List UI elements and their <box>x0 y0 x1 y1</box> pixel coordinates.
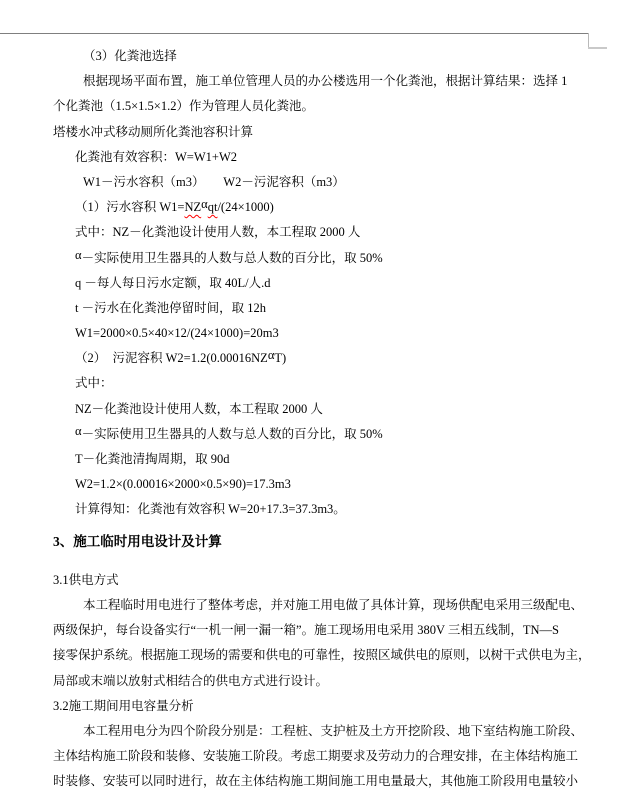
document-page: （3）化粪池选择根据现场平面布置，施工单位管理人员的办公楼选用一个化粪池，根据计… <box>0 0 623 788</box>
document-line: T－化粪池清掏周期，取 90d <box>53 447 593 472</box>
text-run: 个化粪池（1.5×1.5×1.2）作为管理人员化粪池。 <box>53 99 314 113</box>
document-line: t －污水在化粪池停留时间，取 12h <box>53 296 593 321</box>
section-heading: 3、施工临时用电设计及计算 <box>53 529 593 554</box>
text-run: 塔楼水冲式移动厕所化粪池容积计算 <box>53 125 253 139</box>
text-run: W1－污水容积（m3） W2－污泥容积（m3） <box>83 175 345 189</box>
text-run: W2=1.2×(0.00016×2000×0.5×90)=17.3m3 <box>75 477 291 491</box>
text-run: 本工程临时用电进行了整体考虑，并对施工用电做了具体计算，现场供配电采用三级配电、 <box>83 598 583 612</box>
superscript-alpha: α <box>75 419 82 444</box>
document-line: W1－污水容积（m3） W2－污泥容积（m3） <box>53 170 593 195</box>
misspelled-text-run: NZ <box>184 200 201 214</box>
document-line: 个化粪池（1.5×1.5×1.2）作为管理人员化粪池。 <box>53 94 593 119</box>
text-run: 3、施工临时用电设计及计算 <box>53 534 222 549</box>
text-run: －实际使用卫生器具的人数与总人数的百分比，取 50% <box>82 427 383 441</box>
text-run: （3）化粪池选择 <box>83 49 177 63</box>
text-run: （1）污水容积 W1= <box>75 200 184 214</box>
misspelled-text-run: qt <box>208 200 218 214</box>
document-line: W2=1.2×(0.00016×2000×0.5×90)=17.3m3 <box>53 472 593 497</box>
document-line: W1=2000×0.5×40×12/(24×1000)=20m3 <box>53 321 593 346</box>
text-run: 式中：NZ－化粪池设计使用人数，本工程取 2000 人 <box>75 225 360 239</box>
text-run: q －每人每日污水定额，取 40L/人.d <box>75 276 270 290</box>
document-line: 式中：NZ－化粪池设计使用人数，本工程取 2000 人 <box>53 220 593 245</box>
text-run: T) <box>274 351 286 365</box>
text-run: 化粪池有效容积：W=W1+W2 <box>75 150 237 164</box>
document-line: α－实际使用卫生器具的人数与总人数的百分比，取 50% <box>53 246 593 271</box>
document-line: （3）化粪池选择 <box>53 44 593 69</box>
document-line: 根据现场平面布置，施工单位管理人员的办公楼选用一个化粪池，根据计算结果：选择 1 <box>53 69 593 94</box>
document-line: α－实际使用卫生器具的人数与总人数的百分比，取 50% <box>53 422 593 447</box>
text-run: /(24×1000) <box>217 200 273 214</box>
text-run: 3.2施工期间用电容量分析 <box>53 699 194 713</box>
text-run: W1=2000×0.5×40×12/(24×1000)=20m3 <box>75 326 279 340</box>
superscript-alpha: α <box>201 192 208 217</box>
document-line: 局部或末端以放射式相结合的供电方式进行设计。 <box>53 669 593 694</box>
document-line: 化粪池有效容积：W=W1+W2 <box>53 145 593 170</box>
subsection-heading: 3.1供电方式 <box>53 568 593 593</box>
text-run: －实际使用卫生器具的人数与总人数的百分比，取 50% <box>82 251 383 265</box>
document-line: 本工程用电分为四个阶段分别是：工程桩、支护桩及土方开挖阶段、地下室结构施工阶段、 <box>53 719 593 744</box>
subsection-heading: 3.2施工期间用电容量分析 <box>53 694 593 719</box>
text-run: 式中： <box>75 376 113 390</box>
text-run: t －污水在化粪池停留时间，取 12h <box>75 301 266 315</box>
superscript-alpha: α <box>268 343 275 368</box>
document-line: q －每人每日污水定额，取 40L/人.d <box>53 271 593 296</box>
text-run: 局部或末端以放射式相结合的供电方式进行设计。 <box>53 674 328 688</box>
document-line: 接零保护系统。根据施工现场的需要和供电的可靠性，按照区域供电的原则，以树干式供电… <box>53 643 593 668</box>
document-line: （2） 污泥容积 W2=1.2(0.00016NZαT) <box>53 346 593 371</box>
document-line: 两级保护，每台设备实行“一机一闸一漏一箱”。施工现场用电采用 380V 三相五线… <box>53 618 593 643</box>
document-line: 本工程临时用电进行了整体考虑，并对施工用电做了具体计算，现场供配电采用三级配电、 <box>53 593 593 618</box>
document-line: 主体结构施工阶段和装修、安装施工阶段。考虑工期要求及劳动力的合理安排，在主体结构… <box>53 744 593 769</box>
text-run: 两级保护，每台设备实行“一机一闸一漏一箱”。施工现场用电采用 380V 三相五线… <box>53 623 559 637</box>
document-line: （1）污水容积 W1=NZαqt/(24×1000) <box>53 195 593 220</box>
document-line: NZ－化粪池设计使用人数，本工程取 2000 人 <box>53 397 593 422</box>
page-boundary-line <box>0 33 588 34</box>
document-line: 计算得知：化粪池有效容积 W=20+17.3=37.3m3。 <box>53 497 593 522</box>
text-run: 时装修、安装可以同时进行，故在主体结构施工期间施工用电量最大，其他施工阶段用电量… <box>53 774 578 788</box>
document-line: 时装修、安装可以同时进行，故在主体结构施工期间施工用电量最大，其他施工阶段用电量… <box>53 769 593 788</box>
text-run: 3.1供电方式 <box>53 573 119 587</box>
text-run: 根据现场平面布置，施工单位管理人员的办公楼选用一个化粪池，根据计算结果：选择 1 <box>83 74 567 88</box>
text-run: 计算得知：化粪池有效容积 W=20+17.3=37.3m3。 <box>75 502 346 516</box>
document-line: 式中： <box>53 371 593 396</box>
document-line: 塔楼水冲式移动厕所化粪池容积计算 <box>53 120 593 145</box>
text-run: 接零保护系统。根据施工现场的需要和供电的可靠性，按照区域供电的原则，以树干式供电… <box>53 648 591 662</box>
text-run: T－化粪池清掏周期，取 90d <box>75 452 230 466</box>
text-run: 本工程用电分为四个阶段分别是：工程桩、支护桩及土方开挖阶段、地下室结构施工阶段、 <box>83 724 583 738</box>
text-run: NZ－化粪池设计使用人数，本工程取 2000 人 <box>75 402 323 416</box>
text-run: 主体结构施工阶段和装修、安装施工阶段。考虑工期要求及劳动力的合理安排，在主体结构… <box>53 749 578 763</box>
document-content: （3）化粪池选择根据现场平面布置，施工单位管理人员的办公楼选用一个化粪池，根据计… <box>53 44 593 788</box>
text-run: （2） 污泥容积 W2=1.2(0.00016NZ <box>75 351 268 365</box>
superscript-alpha: α <box>75 243 82 268</box>
